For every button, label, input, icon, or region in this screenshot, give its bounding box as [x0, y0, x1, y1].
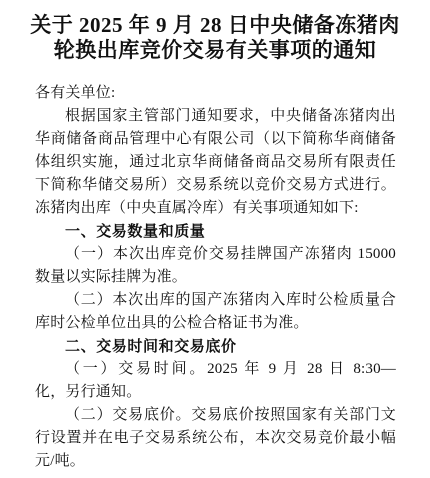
paragraph-line: 行设置并在电子交易系统公布，本次交易竞价最小幅度为 100	[35, 427, 396, 450]
paragraph-line: 库时公检单位出具的公检合格证书为准。	[35, 312, 396, 335]
paragraph-line: 华商储备商品管理中心有限公司（以下简称华商储备中心）具	[35, 128, 396, 151]
paragraph-line: （一）本次出库竞价交易挂牌国产冻猪肉 15000 吨，具体	[35, 243, 396, 266]
salutation: 各有关单位:	[35, 82, 396, 105]
paragraph-line: 下简称华储交易所）交易系统以竞价交易方式进行。现就本次	[35, 174, 396, 197]
paragraph-line: （二）本次出库的国产冻猪肉入库时公检质量合格，以入	[35, 289, 396, 312]
paragraph-line: 数量以实际挂牌为准。	[35, 266, 396, 289]
notice-title: 关于 2025 年 9 月 28 日中央储备冻猪肉 轮换出库竞价交易有关事项的通…	[0, 0, 430, 63]
notice-title-line-1: 关于 2025 年 9 月 28 日中央储备冻猪肉	[0, 13, 430, 38]
paragraph-line: 化，另行通知。	[35, 381, 396, 404]
notice-body: 各有关单位:根据国家主管部门通知要求，中央储备冻猪肉出库工作由华商储备商品管理中…	[35, 82, 396, 473]
paragraph-line: 冻猪肉出库（中央直属冷库）有关事项通知如下:	[35, 197, 396, 220]
paragraph-line: 元/吨。	[35, 450, 396, 473]
section-heading-1: 一、交易数量和质量	[35, 220, 396, 243]
paragraph-line: （二）交易底价。交易底价按照国家有关部门文件要求进	[35, 404, 396, 427]
paragraph-line: 体组织实施，通过北京华商储备商品交易所有限责任公司（以	[35, 151, 396, 174]
paragraph-line: 根据国家主管部门通知要求，中央储备冻猪肉出库工作由	[35, 105, 396, 128]
paragraph-line: （一）交易时间。2025 年 9 月 28 日 8:30—16:30。如有变	[35, 358, 396, 381]
notice-title-line-2: 轮换出库竞价交易有关事项的通知	[0, 38, 430, 63]
section-heading-2: 二、交易时间和交易底价	[35, 335, 396, 358]
notice-page: 关于 2025 年 9 月 28 日中央储备冻猪肉 轮换出库竞价交易有关事项的通…	[0, 0, 430, 478]
